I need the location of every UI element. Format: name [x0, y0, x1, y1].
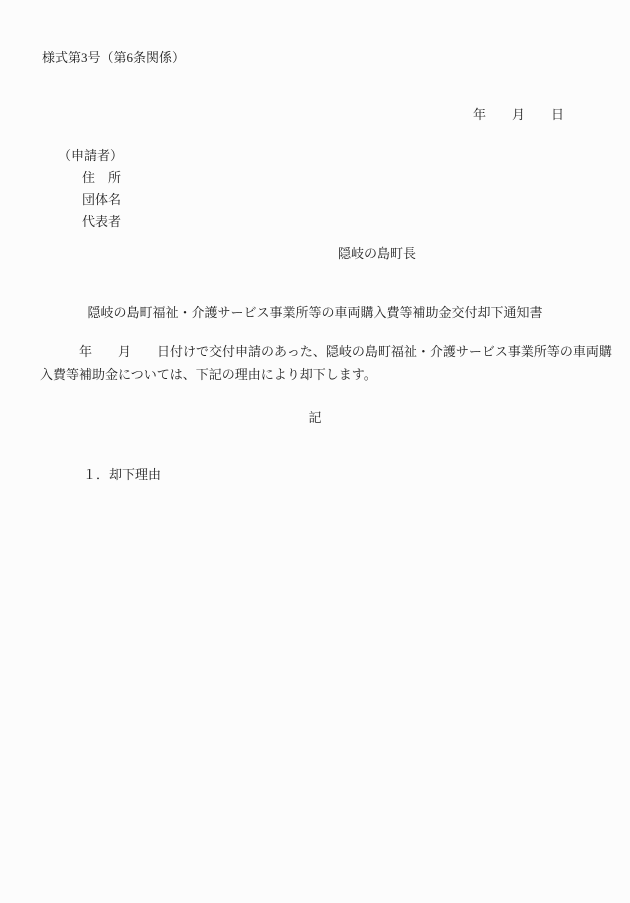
- record-marker: 記: [0, 408, 630, 428]
- form-number: 様式第3号（第6条関係）: [42, 48, 185, 68]
- date-line: 年 月 日: [473, 105, 564, 125]
- applicant-organization-label: 団体名: [82, 190, 121, 210]
- applicant-representative-label: 代表者: [82, 212, 121, 232]
- document-title: 隠岐の島町福祉・介護サービス事業所等の車両購入費等補助金交付却下通知書: [0, 303, 630, 323]
- applicant-address-label: 住 所: [82, 168, 121, 188]
- body-paragraph-line-2: 入費等補助金については、下記の理由により却下します。: [40, 365, 377, 385]
- rejection-reason-item: １．却下理由: [83, 465, 161, 485]
- addressee-line: 隠岐の島町長: [338, 244, 416, 264]
- body-paragraph-line-1: 年 月 日付けで交付申請のあった、隠岐の島町福祉・介護サービス事業所等の車両購: [40, 342, 612, 362]
- document-page: 様式第3号（第6条関係） 年 月 日 （申請者） 住 所 団体名 代表者 隠岐の…: [0, 0, 630, 903]
- applicant-label: （申請者）: [58, 146, 123, 166]
